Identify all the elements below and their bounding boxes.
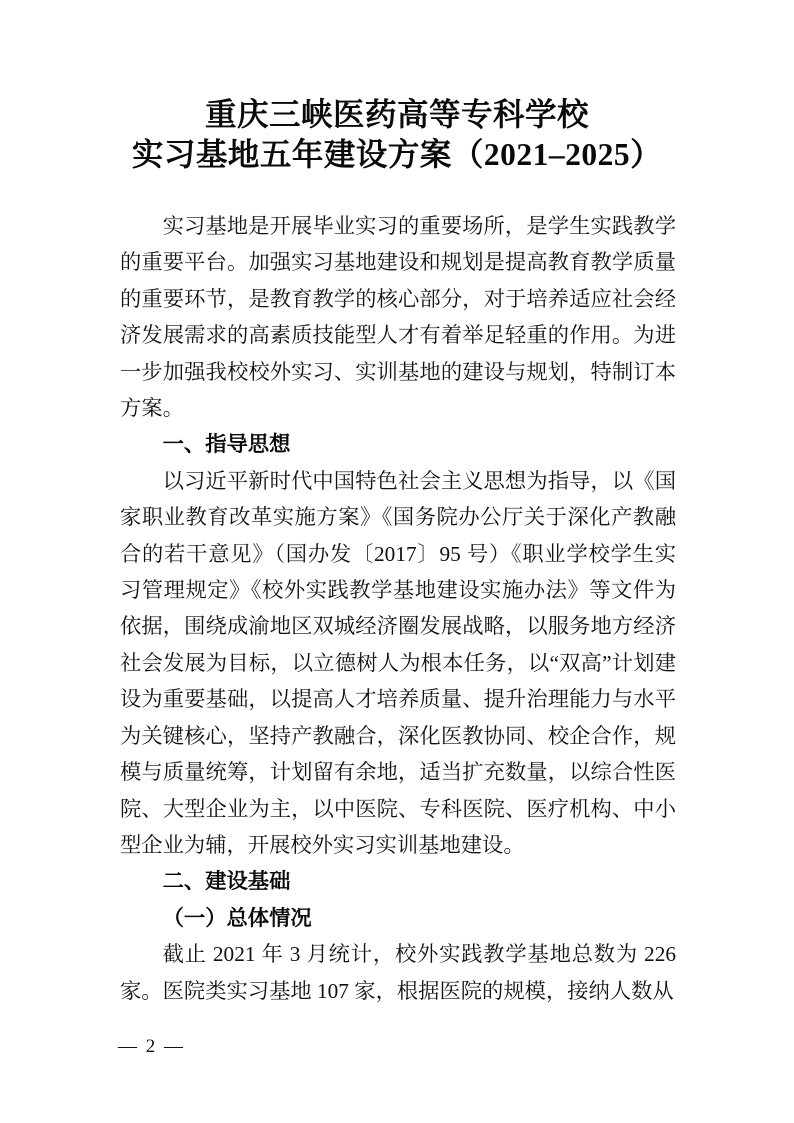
document-body: 实习基地是开展毕业实习的重要场所，是学生实践教学的重要平台。加强实习基地建设和规… — [120, 208, 676, 1009]
page-number: — 2 — — [118, 1036, 185, 1058]
document-title: 重庆三峡医药高等专科学校 实习基地五年建设方案（2021–2025） — [60, 95, 734, 175]
section-2-paragraph: 截止 2021 年 3 月统计，校外实践教学基地总数为 226 家。医院类实习基… — [120, 936, 676, 1009]
section-2-subheading: （一）总体情况 — [120, 900, 676, 936]
section-1-paragraph: 以习近平新时代中国特色社会主义思想为指导，以《国家职业教育改革实施方案》《国务院… — [120, 463, 676, 863]
intro-paragraph: 实习基地是开展毕业实习的重要场所，是学生实践教学的重要平台。加强实习基地建设和规… — [120, 208, 676, 426]
section-1-heading: 一、指导思想 — [120, 426, 676, 462]
document-title-line-2: 实习基地五年建设方案（2021–2025） — [60, 135, 734, 175]
document-title-line-1: 重庆三峡医药高等专科学校 — [60, 95, 734, 135]
section-2-heading: 二、建设基础 — [120, 863, 676, 899]
document-page: 重庆三峡医药高等专科学校 实习基地五年建设方案（2021–2025） 实习基地是… — [0, 0, 794, 1123]
